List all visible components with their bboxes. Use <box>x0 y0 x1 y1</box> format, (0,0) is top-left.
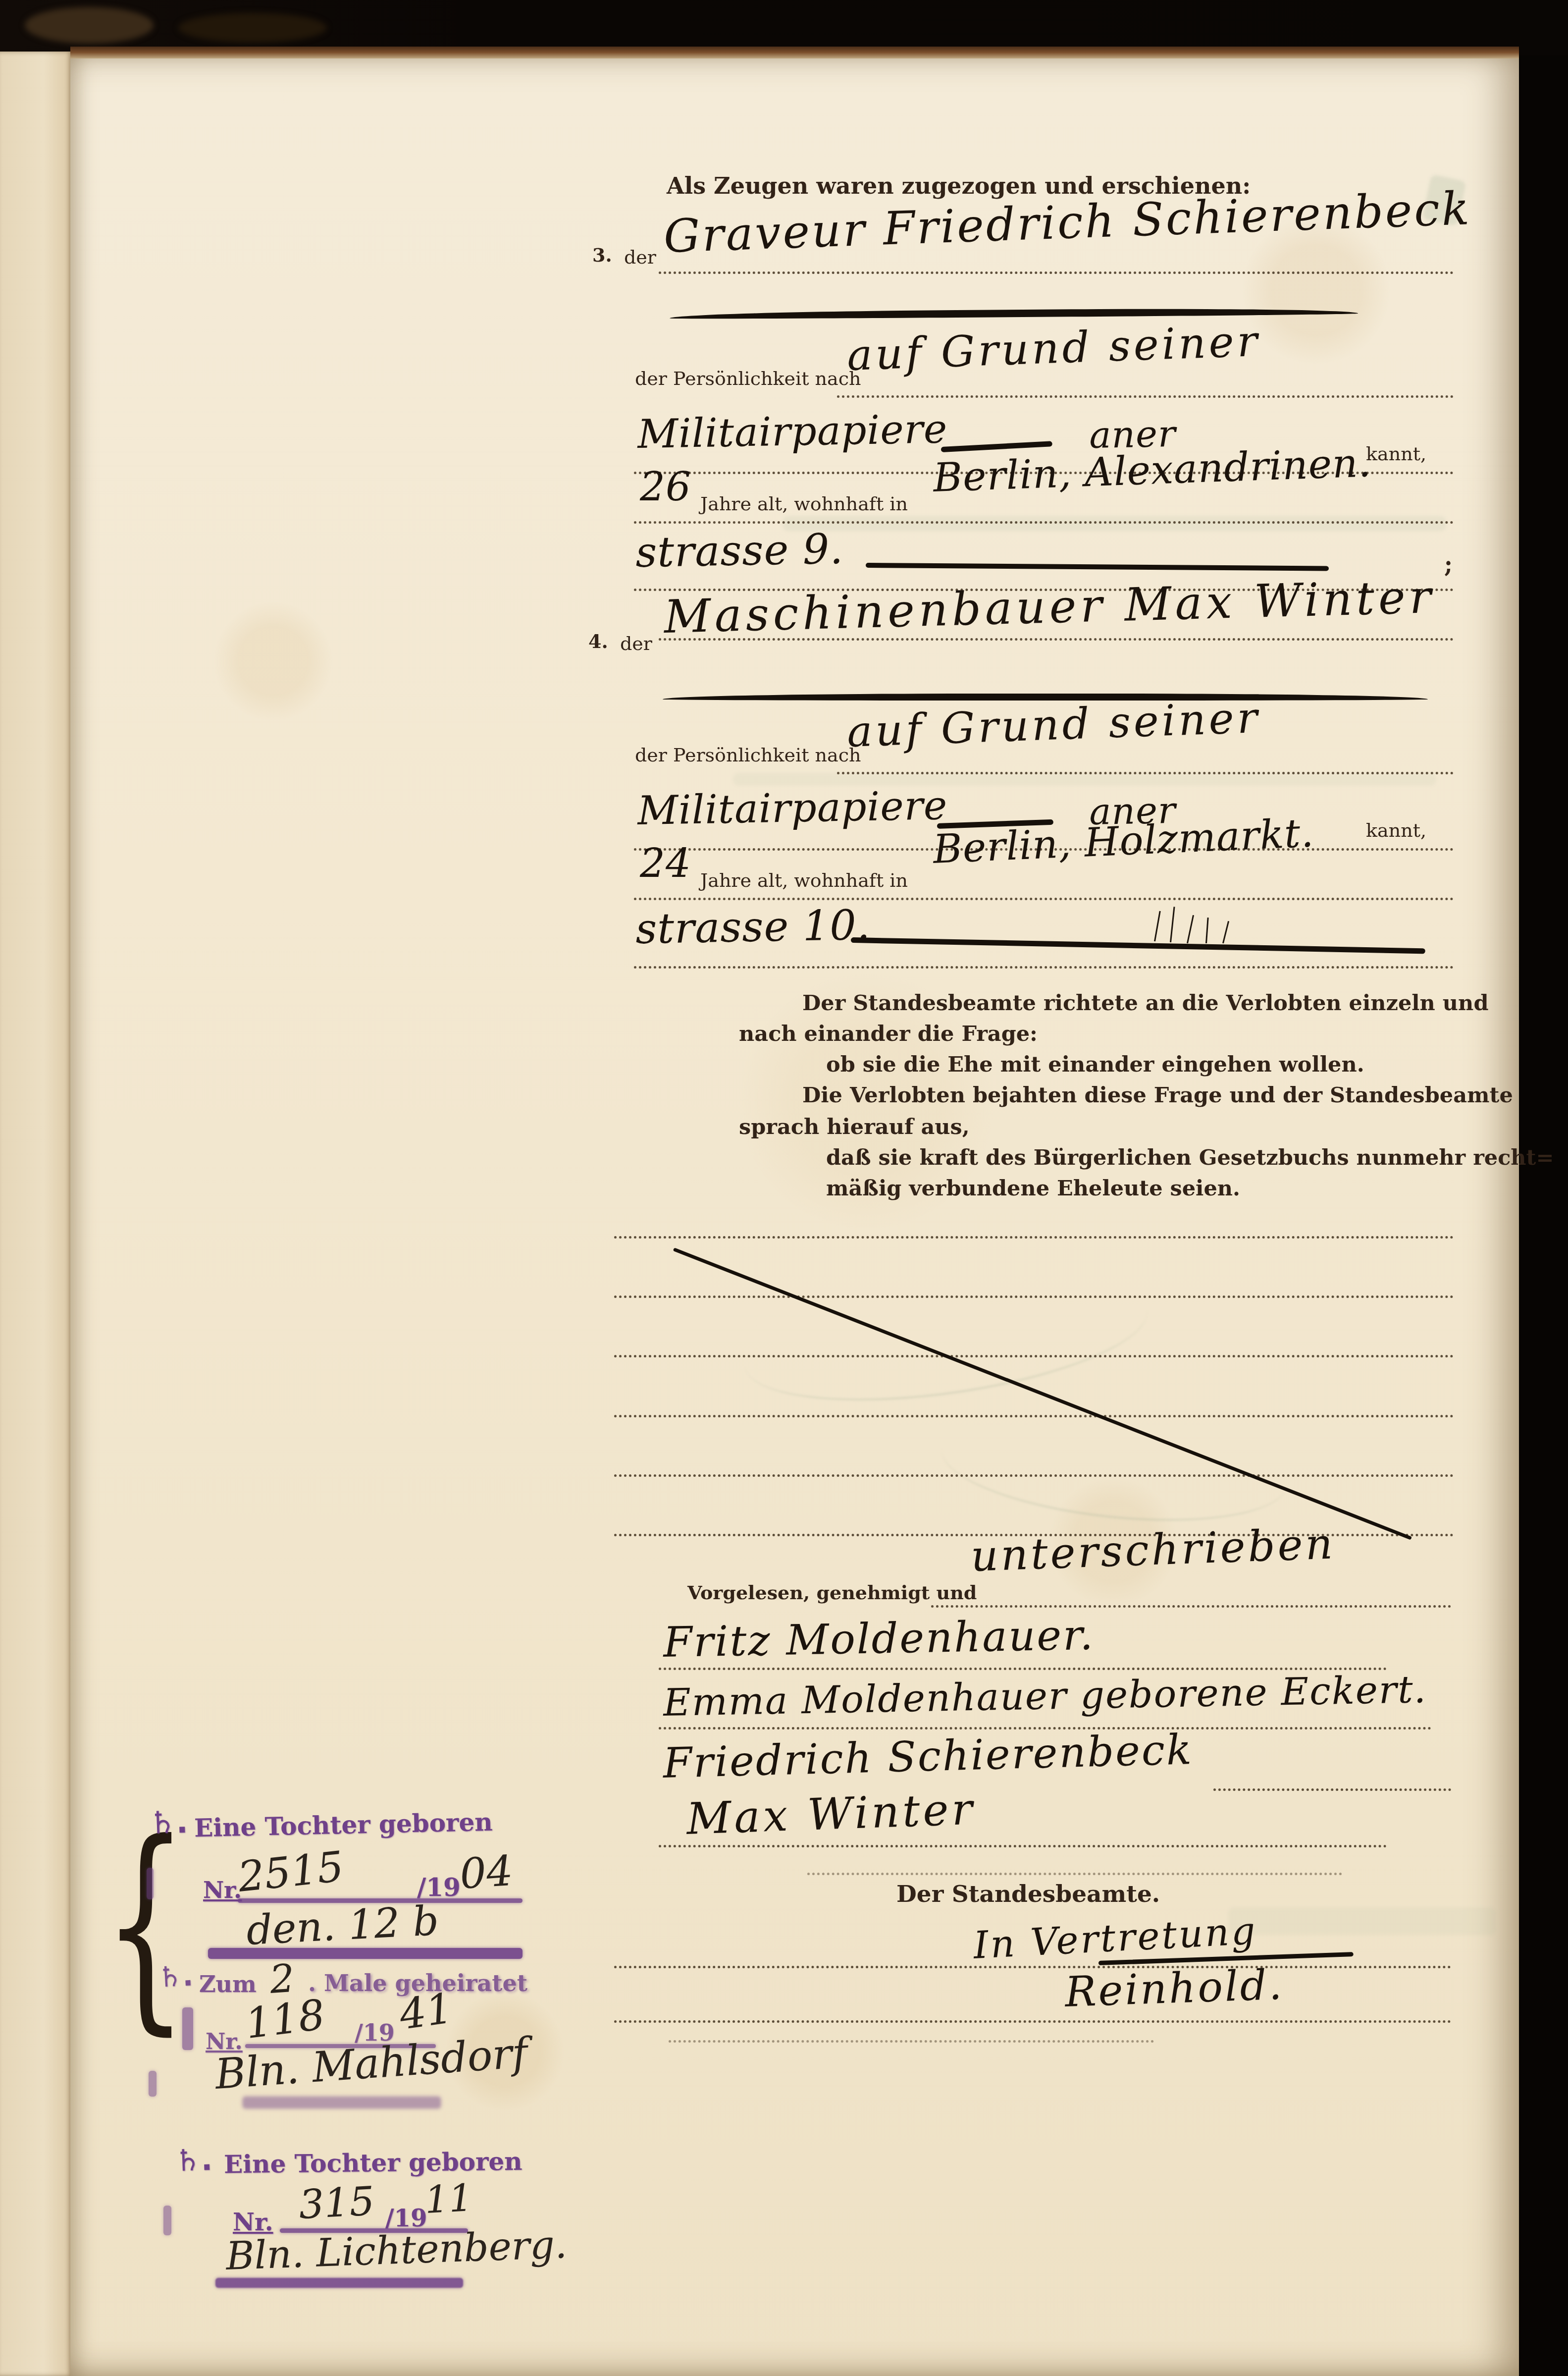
binding-texture <box>178 13 327 43</box>
witness-3-residence-cont-handwriting: strasse 9. <box>635 525 844 577</box>
dotted-fill-line <box>669 2040 1154 2043</box>
pen-underline <box>663 694 1428 701</box>
dotted-fill-line <box>837 395 1454 398</box>
witness-3-line-end: ; <box>1444 551 1453 578</box>
dotted-fill-line <box>659 638 1454 641</box>
dotted-fill-line <box>1213 1788 1451 1791</box>
stamp-2-ornament-mark: ♄. <box>157 1960 194 1994</box>
stamp-1-title: Eine Tochter geboren <box>194 1807 493 1843</box>
witness-4-age-handwriting: 24 <box>640 840 691 886</box>
stamp-3-title: Eine Tochter geboren <box>224 2147 523 2179</box>
registrar-signature-handwriting: Reinhold. <box>1064 1960 1285 2016</box>
witness-4-article: der <box>620 633 652 654</box>
underlying-page-edge <box>0 52 72 2376</box>
page-top-edge <box>70 47 1519 59</box>
witness-4-age-label: Jahre alt, wohnhaft in <box>700 869 908 891</box>
dotted-fill-line <box>614 1966 1451 1968</box>
witness-3-age-handwriting: 26 <box>640 464 691 510</box>
registrar-title: Der Standesbeamte. <box>896 1881 1160 1908</box>
declaration-line-5: sprach hierauf aus, <box>739 1115 970 1139</box>
stamp-2-year-handwriting: 41 <box>396 1984 455 2039</box>
witness-3-identity-handwriting-2: Militairpapiere <box>637 406 948 457</box>
dotted-fill-line <box>634 521 1454 524</box>
witness-3-age-label: Jahre alt, wohnhaft in <box>700 493 908 515</box>
stamp-2-smudge-underline <box>243 2097 441 2108</box>
stamp-1-ornament-mark: ♄. <box>148 1804 189 1841</box>
stamp-3-nr-handwriting: 315 <box>298 2178 375 2228</box>
witness-3-number: 3. <box>592 244 612 266</box>
witness-4-residence-cont-handwriting: strasse 10. <box>635 901 871 953</box>
margin-brace: { <box>103 1813 188 2036</box>
dotted-fill-line <box>659 1845 1387 1847</box>
witness-3-identity-label: der Persönlichkeit nach <box>635 368 861 389</box>
witness-4-kannt-label: kannt, <box>1366 819 1426 841</box>
signature-witness-4: Max Winter <box>685 1783 976 1844</box>
dotted-fill-line <box>614 1474 1454 1477</box>
witness-4-number: 4. <box>588 630 608 652</box>
witness-3-kannt-label: kannt, <box>1366 443 1426 465</box>
dotted-fill-line <box>807 1873 1342 1875</box>
stamp-3-smudge-underline <box>215 2278 463 2288</box>
stamp-edge-smudge <box>182 2007 193 2050</box>
stamp-edge-smudge <box>147 1868 154 1899</box>
witness-4-identity-handwriting-2: Militairpapiere <box>637 782 948 834</box>
dotted-fill-line <box>614 1236 1454 1239</box>
stamp-1-year-prefix: /19 <box>417 1873 461 1902</box>
stamp-3-nr-label: Nr. <box>233 2209 273 2236</box>
witness-3-article: der <box>624 246 656 268</box>
stamp-1-separator-bar <box>208 1948 523 1959</box>
binding-texture <box>25 7 154 44</box>
declaration-line-7: mäßig verbundene Eheleute seien. <box>826 1176 1240 1201</box>
stamp-edge-smudge <box>163 2206 171 2235</box>
dotted-fill-line <box>614 1296 1454 1298</box>
read-approved-label: Vorgelesen, genehmigt und <box>687 1581 977 1604</box>
stamp-2-title-pre: Zum <box>199 1971 257 1998</box>
stamp-3-year-handwriting: 11 <box>423 2175 473 2222</box>
dotted-fill-line <box>614 1355 1454 1357</box>
stamp-2-nr-handwriting: 118 <box>243 1990 327 2048</box>
dotted-fill-line <box>614 2020 1451 2023</box>
dotted-fill-line <box>837 772 1454 774</box>
stamp-edge-smudge <box>149 2071 157 2097</box>
dotted-fill-line <box>634 966 1454 969</box>
dotted-fill-line <box>931 1605 1451 1608</box>
declaration-line-3: ob sie die Ehe mit einander eingehen wol… <box>826 1052 1364 1077</box>
stamp-1-year-handwriting: 04 <box>458 1846 514 1898</box>
stamp-1-nr-label: Nr. <box>203 1877 242 1903</box>
declaration-line-2: nach einander die Frage: <box>739 1022 1038 1046</box>
declaration-line-1: Der Standesbeamte richtete an die Verlob… <box>802 991 1488 1016</box>
stamp-3-ornament-mark: ♄. <box>174 2143 213 2179</box>
declaration-line-4: Die Verlobten bejahten diese Frage und d… <box>802 1083 1513 1108</box>
dotted-fill-line <box>659 271 1454 274</box>
dotted-fill-line <box>614 1415 1454 1417</box>
stamp-1-date-handwriting: den. 12 b <box>245 1897 440 1954</box>
dotted-fill-line <box>634 898 1454 900</box>
witness-4-identity-label: der Persönlichkeit nach <box>635 744 861 766</box>
signature-groom: Fritz Moldenhauer. <box>663 1611 1095 1667</box>
registry-scan: Als Zeugen waren zugezogen und erschiene… <box>0 0 1568 2376</box>
declaration-line-6: daß sie kraft des Bürgerlichen Gesetzbuc… <box>826 1145 1554 1170</box>
